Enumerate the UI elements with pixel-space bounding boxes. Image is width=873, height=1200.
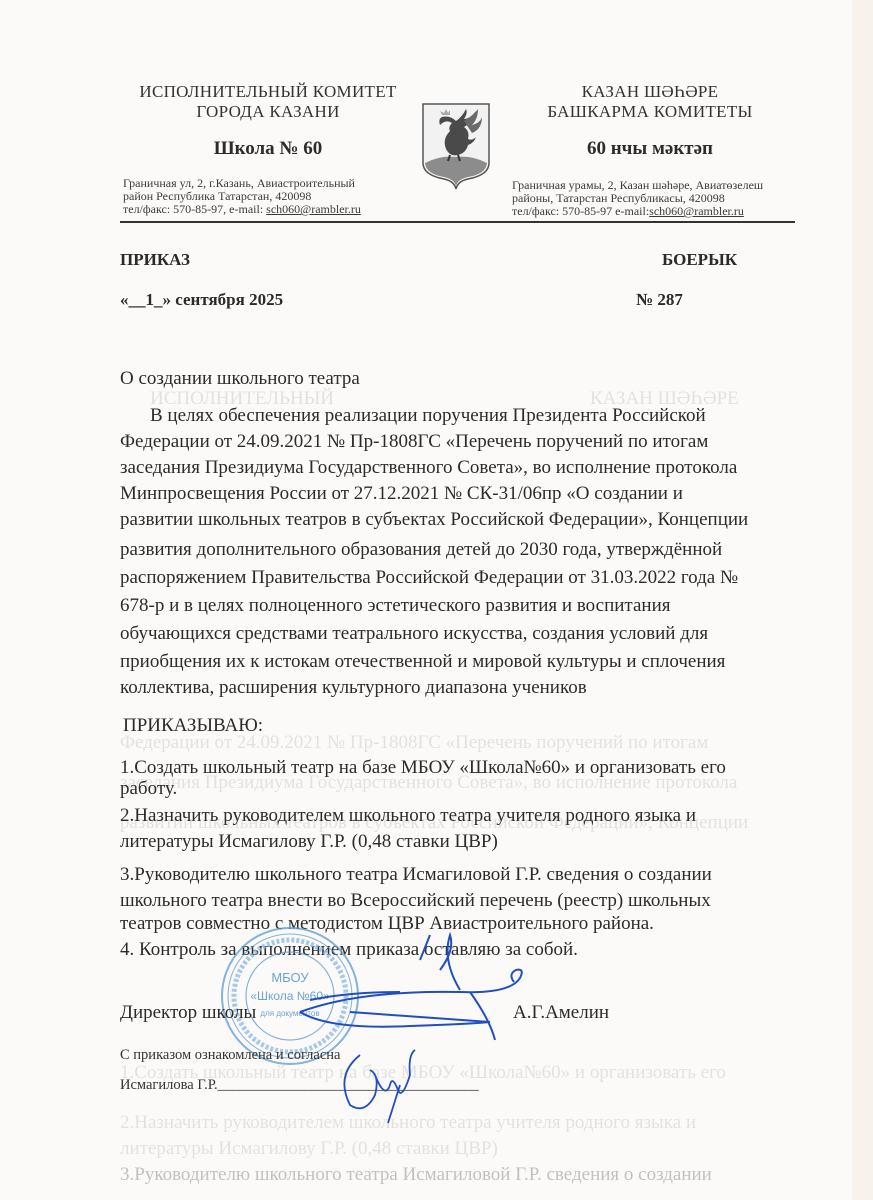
- org-name-ru-line2: ГОРОДА КАЗАНИ: [118, 102, 418, 122]
- school-name-tt: 60 нчы мәктәп: [500, 138, 800, 160]
- order-item-2-line2: литературы Исмагилову Г.Р. (0,48 ставки …: [120, 830, 498, 855]
- order-item-3-line1: 3.Руководителю школьного театра Исмагило…: [120, 863, 712, 888]
- acknowledging-person: Исмагилова Г.Р.: [120, 1077, 218, 1093]
- email-link-tt[interactable]: sch060@rambler.ru: [649, 204, 744, 218]
- org-name-ru-line1: ИСПОЛНИТЕЛЬНЫЙ КОМИТЕТ: [118, 82, 418, 102]
- address-ru-line2: район Республика Татарстан, 420098: [123, 189, 311, 203]
- preamble-line: В целях обеспечения реализации поручения…: [150, 404, 706, 429]
- preamble-line: обучающихся средствами театрального иску…: [120, 622, 708, 647]
- order-word: ПРИКАЗЫВАЮ:: [123, 714, 263, 739]
- page-edge: [852, 0, 873, 1200]
- signatory-position: Директор школы: [120, 1001, 256, 1026]
- preamble-line: 678-р и в целях полноценного эстетическо…: [120, 594, 670, 619]
- header-divider-right: [410, 221, 795, 223]
- order-title-tt: БОЕРЫК: [662, 250, 737, 270]
- order-subject: О создании школьного театра: [120, 367, 360, 392]
- order-title-ru: ПРИКАЗ: [120, 250, 190, 270]
- phone-fax-ru: тел/факс: 570-85-97, e-mail:: [123, 202, 266, 216]
- order-item-3-line2: школьного театра внести во Всероссийский…: [120, 889, 711, 914]
- acknowledgement-text: С приказом ознакомлена и согласна: [120, 1047, 340, 1064]
- header-divider-left: [120, 221, 410, 223]
- address-tt-line1: Граничная урамы, 2, Казан шәһәре, Авиатө…: [512, 178, 763, 192]
- school-name-ru: Школа № 60: [118, 138, 418, 160]
- order-number: № 287: [636, 290, 683, 310]
- order-item-2-line1: 2.Назначить руководителем школьного теат…: [120, 804, 696, 829]
- org-name-tt-line1: КАЗАН ШӘҺӘРЕ: [500, 82, 800, 102]
- director-signature: [270, 930, 560, 1050]
- employee-signature: [330, 1045, 440, 1125]
- preamble-line: заседания Президиума Государственного Со…: [120, 456, 737, 481]
- kazan-coat-of-arms-icon: [420, 101, 492, 191]
- org-name-tt-line2: БАШКАРМА КОМИТЕТЫ: [500, 102, 800, 122]
- preamble-line: распоряжением Правительства Российской Ф…: [120, 566, 738, 591]
- order-date: «__1_» сентября 2025: [120, 290, 283, 310]
- order-item-1-line2: работу.: [120, 777, 177, 802]
- address-tt-line2: районы, Татарстан Республикасы, 420098: [512, 191, 725, 205]
- contacts-ru: тел/факс: 570-85-97, e-mail: sch060@ramb…: [123, 202, 361, 216]
- preamble-line: Федерации от 24.09.2021 № Пр-1808ГС «Пер…: [120, 430, 708, 455]
- contacts-tt: тел/факс: 570-85-97 e-mail:sch060@ramble…: [512, 204, 744, 218]
- email-link-ru[interactable]: sch060@rambler.ru: [266, 202, 361, 216]
- preamble-line: Минпросвещения России от 27.12.2021 № СК…: [120, 482, 683, 507]
- preamble-line: развития дополнительного образования дет…: [120, 538, 722, 563]
- order-item-1-line1: 1.Создать школьный театр на базе МБОУ «Ш…: [120, 756, 726, 781]
- preamble-line: развитии школьных театров в субъектах Ро…: [120, 508, 748, 533]
- preamble-line: приобщения их к истокам отечественной и …: [120, 650, 725, 675]
- phone-fax-tt: тел/факс: 570-85-97 e-mail:: [512, 204, 649, 218]
- address-ru-line1: Граничная ул, 2, г.Казань, Авиастроитель…: [123, 176, 355, 190]
- preamble-line: коллектива, расширения культурного диапа…: [120, 676, 587, 701]
